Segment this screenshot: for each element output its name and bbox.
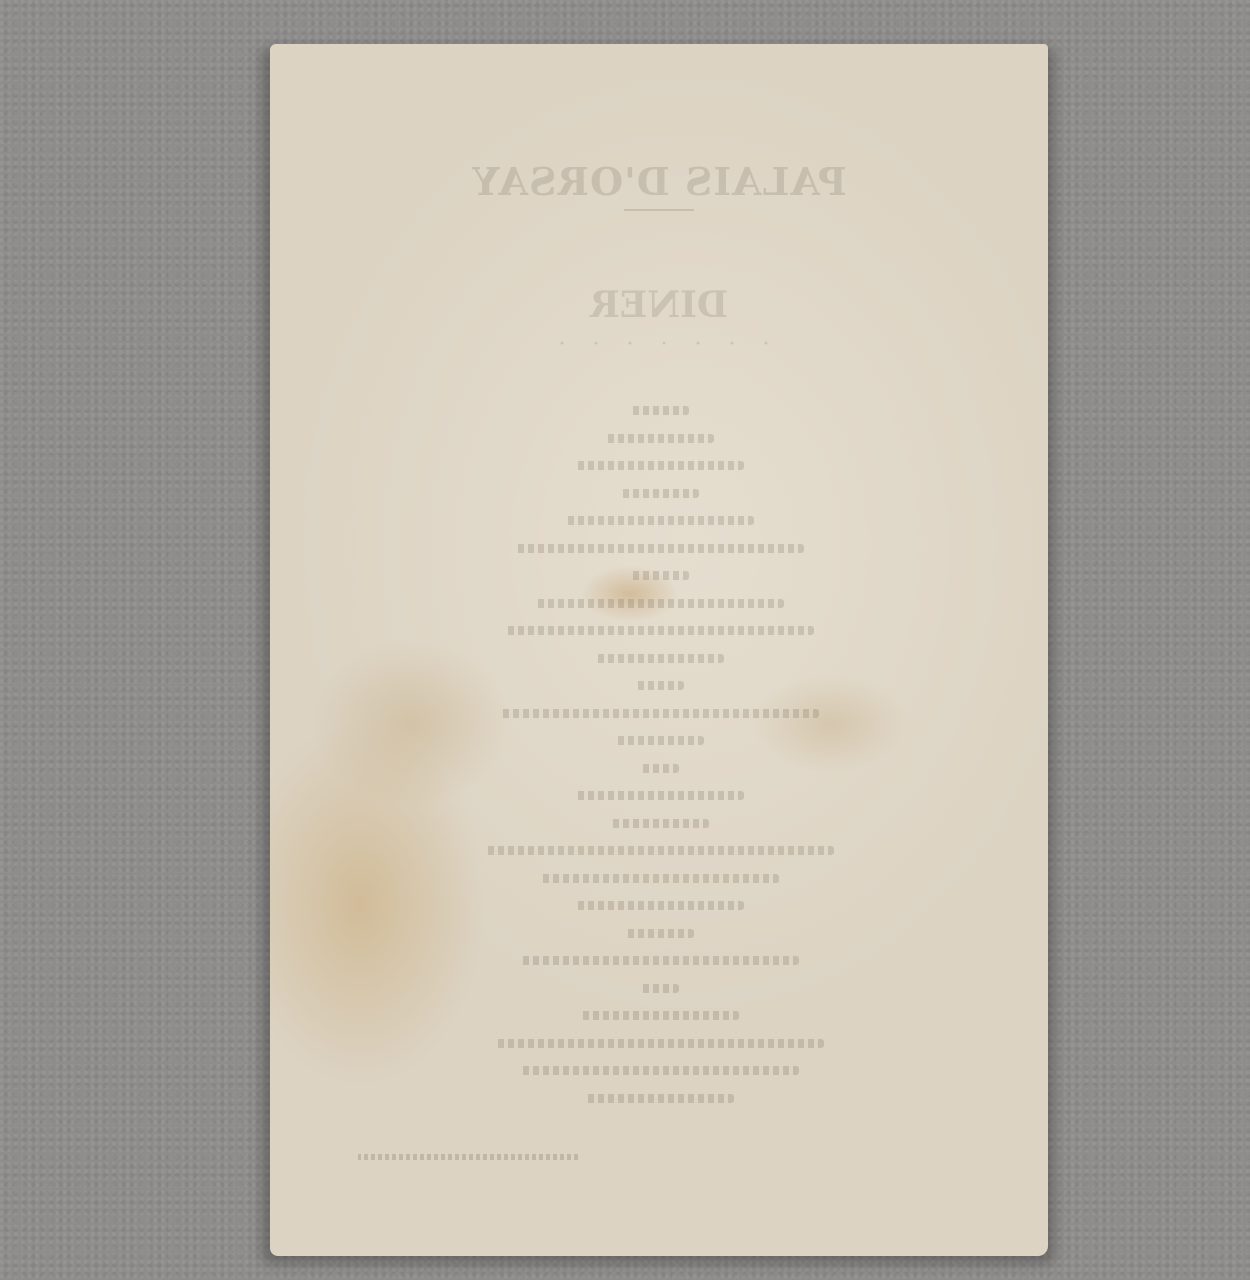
course-line	[614, 736, 704, 745]
course-line	[574, 791, 744, 800]
course-line	[584, 1094, 734, 1103]
printer-imprint	[358, 1154, 578, 1160]
course-line	[634, 681, 684, 690]
show-through-text: PALAIS D'ORSAY DINER · · · · · · ·	[270, 44, 1048, 1256]
course-line	[494, 1039, 824, 1048]
course-line	[519, 1066, 799, 1075]
course-line	[534, 599, 784, 608]
course-line	[604, 434, 714, 443]
venue-title: PALAIS D'ORSAY	[270, 159, 1048, 204]
course-line	[484, 846, 834, 855]
course-line	[629, 406, 689, 415]
course-line	[624, 929, 694, 938]
course-line	[594, 654, 724, 663]
course-line	[514, 544, 804, 553]
date-line: · · · · · · ·	[270, 332, 1048, 357]
course-line	[609, 819, 709, 828]
course-line	[519, 956, 799, 965]
course-line	[499, 709, 819, 718]
course-line	[639, 764, 679, 773]
course-line	[619, 489, 699, 498]
course-line	[504, 626, 814, 635]
menu-heading: DINER	[270, 284, 1048, 326]
course-line	[564, 516, 754, 525]
menu-card-back: PALAIS D'ORSAY DINER · · · · · · ·	[270, 44, 1048, 1256]
course-line	[639, 984, 679, 993]
title-divider	[624, 209, 694, 211]
course-line	[579, 1011, 739, 1020]
course-line	[629, 571, 689, 580]
course-line	[574, 461, 744, 470]
course-line	[574, 901, 744, 910]
course-line	[539, 874, 779, 883]
